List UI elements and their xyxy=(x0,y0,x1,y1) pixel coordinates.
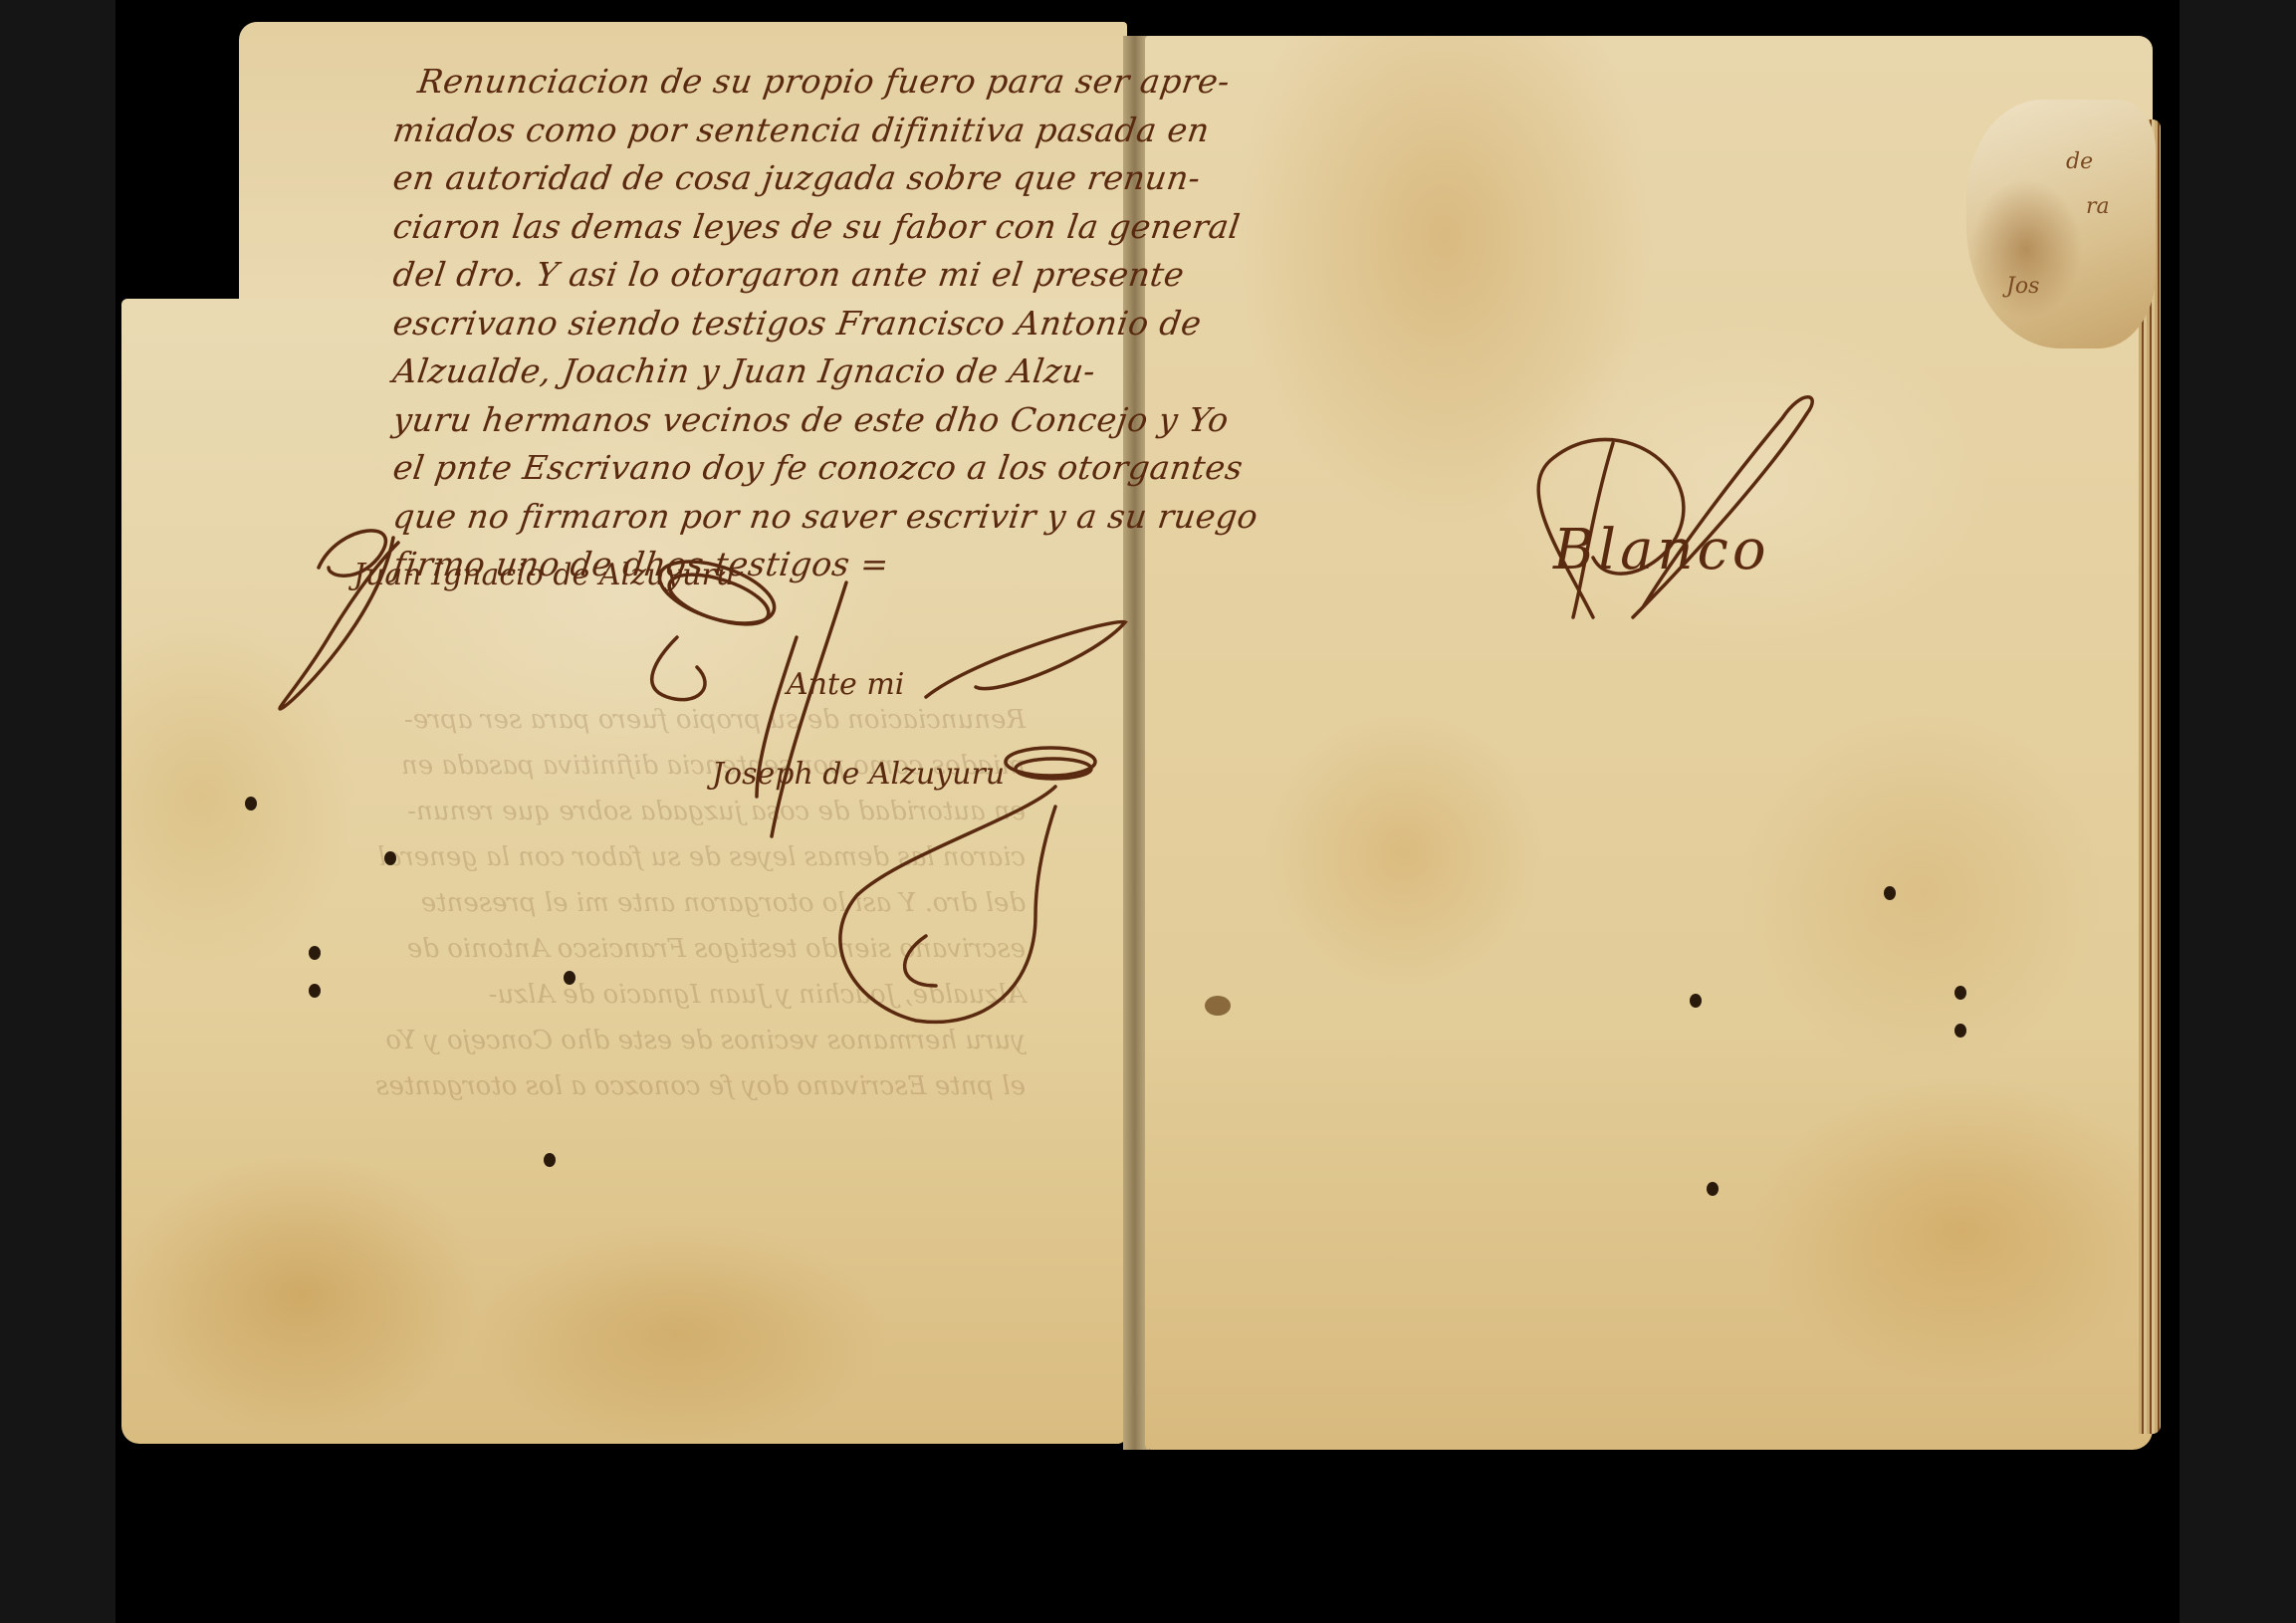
wormhole xyxy=(309,946,321,960)
wormhole xyxy=(1954,1024,1966,1038)
wormhole xyxy=(1954,986,1966,1000)
wormhole xyxy=(1707,1182,1719,1196)
wormhole xyxy=(544,1153,556,1167)
damage-spot xyxy=(1205,996,1231,1016)
signature-flourishes xyxy=(0,0,2296,1623)
wormhole xyxy=(309,984,321,998)
wormhole xyxy=(245,797,257,811)
wormhole xyxy=(564,971,575,985)
wormhole xyxy=(384,851,396,865)
wormhole xyxy=(1690,994,1702,1008)
blanco-annotation: Blanco xyxy=(1553,518,1770,582)
wormhole xyxy=(1884,886,1896,900)
